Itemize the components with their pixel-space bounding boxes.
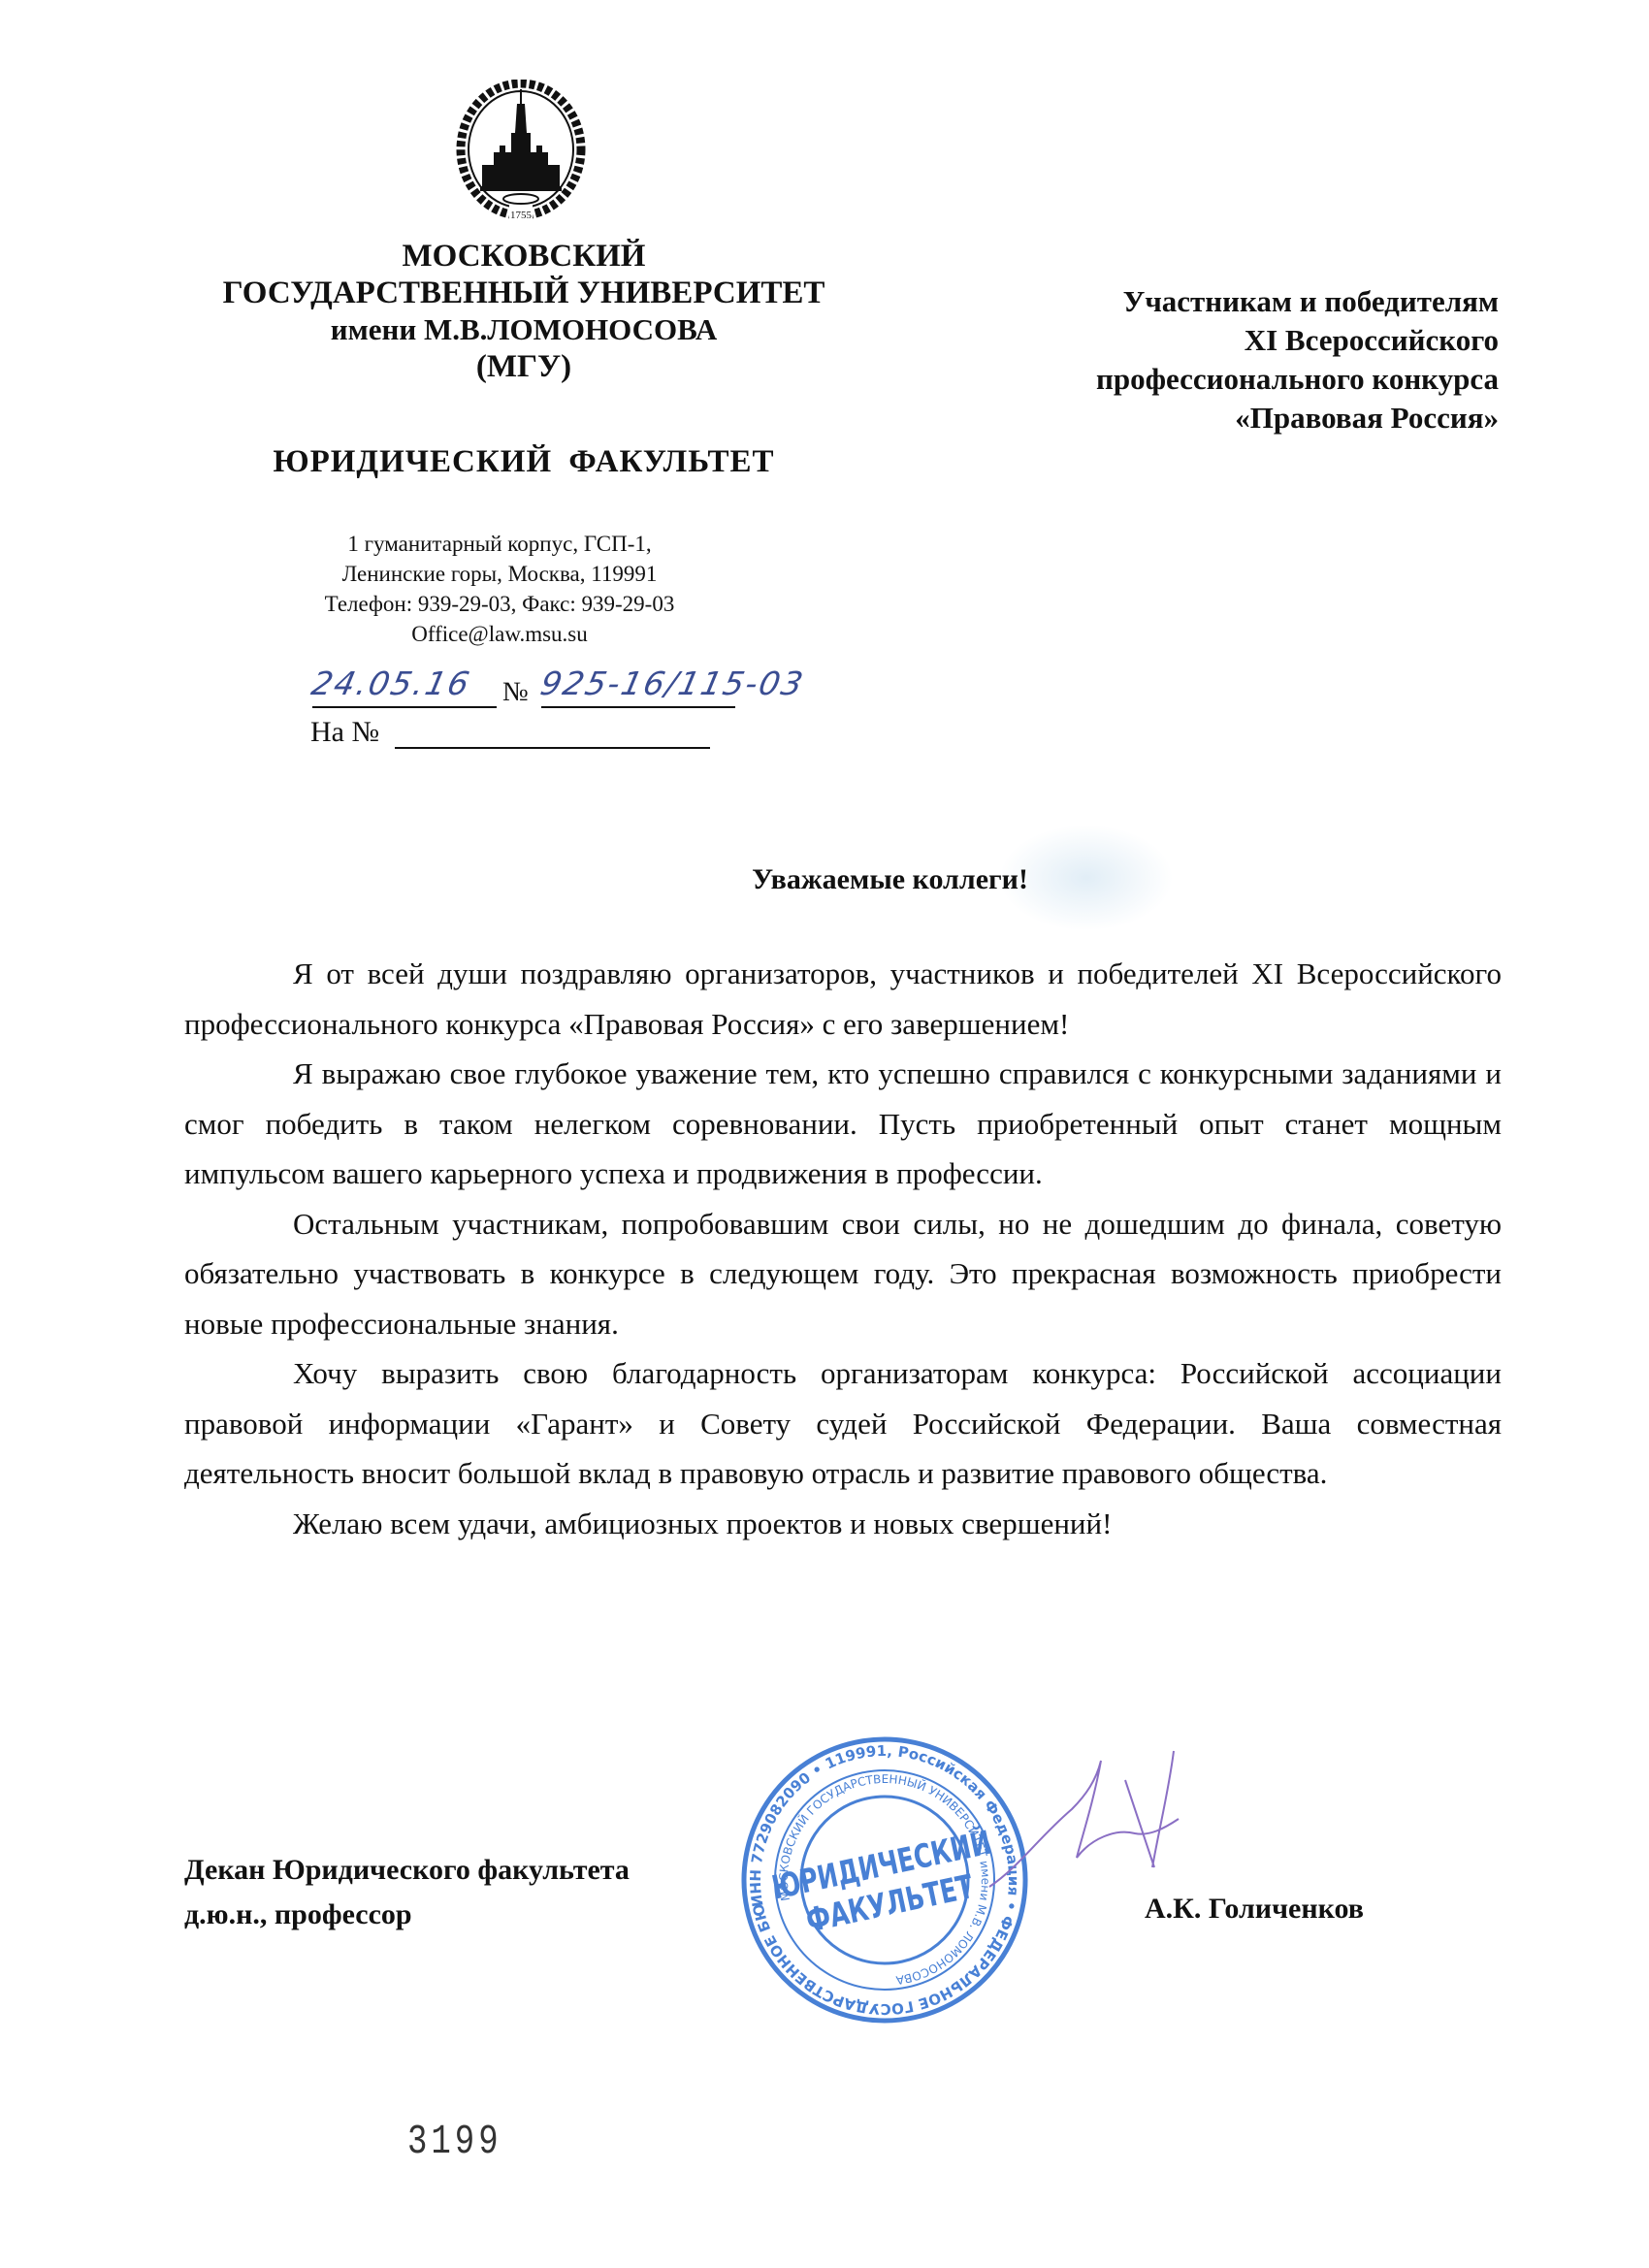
addressee-block: Участникам и победителям XI Всероссийско… [955,282,1499,437]
paragraph: Желаю всем удачи, амбициозных проектов и… [184,1499,1502,1549]
address-block: 1 гуманитарный корпус, ГСП-1, Ленинские … [291,529,708,649]
position-line: Декан Юридического факультета [184,1848,630,1893]
signatory-name: А.К. Голиченков [1145,1893,1364,1926]
university-line: ГОСУДАРСТВЕННЫЙ УНИВЕРСИТЕТ [175,275,873,311]
handwritten-signature [980,1741,1203,1906]
paragraph: Хочу выразить свою благодарность организ… [184,1348,1502,1499]
email-line: Office@law.msu.su [291,619,708,649]
incoming-number-blank [395,718,710,749]
registry-number: 3199 [407,2120,502,2166]
greeting: Уважаемые коллеги! [0,863,1649,896]
svg-text:1755: 1755 [510,210,533,221]
degree-line: д.ю.н., профессор [184,1893,630,1937]
signatory-position: Декан Юридического факультета д.ю.н., пр… [184,1848,630,1937]
university-line: имени М.В.ЛОМОНОСОВА [175,311,873,348]
addressee-line: профессионального конкурса [955,360,1499,399]
university-line: МОСКОВСКИЙ [175,238,873,275]
outgoing-number-field: 925-16/115-03 [541,665,735,708]
addressee-line: XI Всероссийского [955,321,1499,360]
address-line: Ленинские горы, Москва, 119991 [291,559,708,589]
phone-fax-line: Телефон: 939-29-03, Факс: 939-29-03 [291,589,708,619]
msu-emblem-icon: 1755 [451,80,592,225]
incoming-reference: На № [310,716,710,749]
letter-body: Я от всей души поздравляю организаторов,… [184,949,1502,1548]
outgoing-date-field: 24.05.16 [312,665,497,708]
address-line: 1 гуманитарный корпус, ГСП-1, [291,529,708,559]
paragraph: Остальным участникам, попробовавшим свои… [184,1199,1502,1349]
incoming-label: На № [310,716,379,749]
university-line: (МГУ) [175,348,873,385]
paragraph: Я выражаю свое глубокое уважение тем, кт… [184,1049,1502,1199]
paragraph: Я от всей души поздравляю организаторов,… [184,949,1502,1049]
university-name: МОСКОВСКИЙ ГОСУДАРСТВЕННЫЙ УНИВЕРСИТЕТ и… [175,238,873,385]
addressee-line: Участникам и победителям [955,282,1499,321]
handwritten-date: 24.05.16 [308,664,474,702]
outgoing-reference: 24.05.16 № 925-16/115-03 [310,669,854,710]
number-label: № [502,677,529,708]
faculty-name: ЮРИДИЧЕСКИЙ ФАКУЛЬТЕТ [175,444,873,480]
addressee-line: «Правовая Россия» [955,399,1499,437]
handwritten-number: 925-16/115-03 [537,664,808,702]
